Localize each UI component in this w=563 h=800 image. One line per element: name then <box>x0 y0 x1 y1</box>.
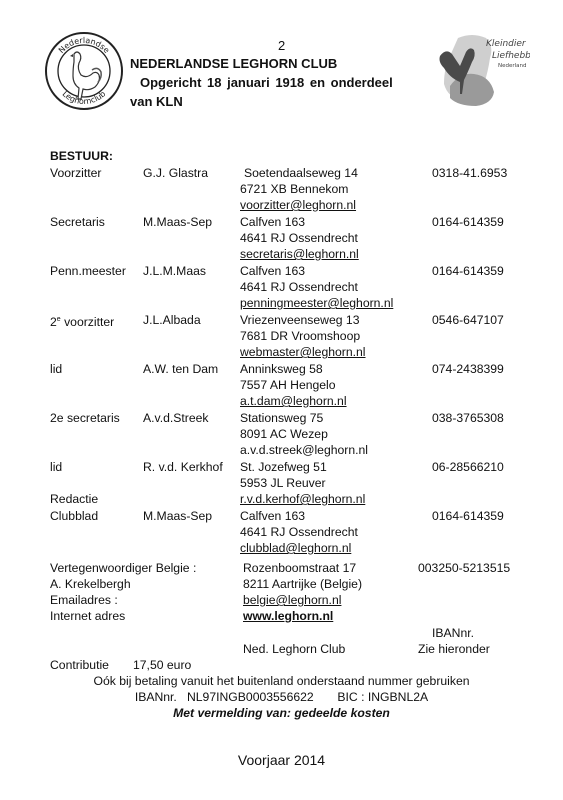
member-email-link[interactable]: r.v.d.kerhof@leghorn.nl <box>240 491 365 507</box>
page-number: 2 <box>278 38 285 53</box>
member-email-link[interactable]: clubblad@leghorn.nl <box>240 540 351 556</box>
contribution-amount: 17,50 euro <box>133 657 191 673</box>
member-city: 5953 JL Reuver <box>240 475 326 491</box>
member-name: J.L.M.Maas <box>143 263 206 279</box>
kleindier-liefhebbers-logo: Kleindier Liefhebbers Nederland <box>430 30 530 110</box>
member-phone: 0164-614359 <box>432 508 504 524</box>
member-street: Calfven 163 <box>240 508 305 524</box>
costs-note: Met vermelding van: gedeelde kosten <box>0 705 563 721</box>
member-city: 8091 AC Wezep <box>240 426 328 442</box>
belgium-email-link[interactable]: belgie@leghorn.nl <box>243 592 341 608</box>
svg-text:Leghornclub: Leghornclub <box>61 89 108 106</box>
member-email-link[interactable]: webmaster@leghorn.nl <box>240 344 366 360</box>
belgium-street: Rozenboomstraat 17 <box>243 560 356 576</box>
member-street: Stationsweg 75 <box>240 410 323 426</box>
club-name: NEDERLANDSE LEGHORN CLUB <box>130 55 337 72</box>
belgium-label-website: Internet adres <box>50 608 125 624</box>
member-street: St. Jozefweg 51 <box>240 459 327 475</box>
member-street: Soetendaalseweg 14 <box>244 165 358 181</box>
member-name: G.J. Glastra <box>143 165 208 181</box>
member-email-link[interactable]: secretaris@leghorn.nl <box>240 246 359 262</box>
member-role: lid <box>50 459 62 475</box>
belgium-label-name: A. Krekelbergh <box>50 576 131 592</box>
season-footer: Voorjaar 2014 <box>0 752 563 768</box>
member-city: 4641 RJ Ossendrecht <box>240 230 358 246</box>
belgium-label-email: Emailadres : <box>50 592 118 608</box>
belgium-city: 8211 Aartrijke (Belgie) <box>243 576 362 592</box>
member-phone: 0546-647107 <box>432 312 504 328</box>
member-phone: 06-28566210 <box>432 459 504 475</box>
animals-map-icon: Kleindier Liefhebbers Nederland <box>430 30 530 110</box>
member-city: 4641 RJ Ossendrecht <box>240 279 358 295</box>
member-role: lid <box>50 361 62 377</box>
svg-text:Nederland: Nederland <box>498 63 527 69</box>
member-city: 7681 DR Vroomshoop <box>240 328 360 344</box>
website-link[interactable]: www.leghorn.nl <box>243 608 333 624</box>
role-rest: voorzitter <box>61 315 115 329</box>
member-phone: 0318-41.6953 <box>432 165 507 181</box>
belgium-phone: 003250-5213515 <box>418 560 510 576</box>
founded-line-2: van KLN <box>130 93 183 110</box>
leghornclub-logo: Nederlandse Leghornclub <box>44 30 124 112</box>
member-name: A.W. ten Dam <box>143 361 218 377</box>
member-email-link[interactable]: penningmeester@leghorn.nl <box>240 295 393 311</box>
member-city: 4641 RJ Ossendrecht <box>240 524 358 540</box>
account-holder: Ned. Leghorn Club <box>243 641 345 657</box>
member-name: M.Maas-Sep <box>143 214 212 230</box>
board-title: BESTUUR: <box>50 148 113 164</box>
iban-bic-line: IBANnr. NL97INGB0003556622 BIC : INGBNL2… <box>0 689 563 705</box>
see-below-note: Zie hieronder <box>418 641 490 657</box>
member-phone: 0164-614359 <box>432 214 504 230</box>
member-email-link[interactable]: voorzitter@leghorn.nl <box>240 197 356 213</box>
member-phone: 038-3765308 <box>432 410 504 426</box>
member-email-link[interactable]: a.t.dam@leghorn.nl <box>240 393 347 409</box>
role-number: 2 <box>50 315 57 329</box>
member-city: 6721 XB Bennekom <box>240 181 348 197</box>
member-city: 7557 AH Hengelo <box>240 377 336 393</box>
rooster-emblem-icon: Nederlandse Leghornclub <box>44 30 124 112</box>
member-extra-role: Redactie <box>50 491 98 507</box>
member-role: Secretaris <box>50 214 105 230</box>
founded-line-1: Opgericht 18 januari 1918 en onderdeel <box>140 74 393 91</box>
member-role: Penn.meester <box>50 263 126 279</box>
iban-label: IBANnr. <box>432 625 474 641</box>
foreign-payment-note: Oók bij betaling vanuit het buitenland o… <box>0 673 563 689</box>
contribution-label: Contributie <box>50 657 109 673</box>
member-phone: 074-2438399 <box>432 361 504 377</box>
member-street: Calfven 163 <box>240 263 305 279</box>
member-name: A.v.d.Streek <box>143 410 208 426</box>
svg-text:Kleindier: Kleindier <box>486 39 527 49</box>
member-name: M.Maas-Sep <box>143 508 212 524</box>
member-role: 2e secretaris <box>50 410 120 426</box>
member-role: Clubblad <box>50 508 98 524</box>
member-street: Vriezenveenseweg 13 <box>240 312 359 328</box>
belgium-label-representative: Vertegenwoordiger Belgie : <box>50 560 196 576</box>
member-role: 2e voorzitter <box>50 312 114 330</box>
member-name: R. v.d. Kerkhof <box>143 459 223 475</box>
member-street: Anninksweg 58 <box>240 361 323 377</box>
member-role: Voorzitter <box>50 165 101 181</box>
svg-text:Liefhebbers: Liefhebbers <box>492 51 530 61</box>
member-street: Calfven 163 <box>240 214 305 230</box>
member-name: J.L.Albada <box>143 312 201 328</box>
member-email-link[interactable]: a.v.d.streek@leghorn.nl <box>240 442 368 458</box>
member-phone: 0164-614359 <box>432 263 504 279</box>
